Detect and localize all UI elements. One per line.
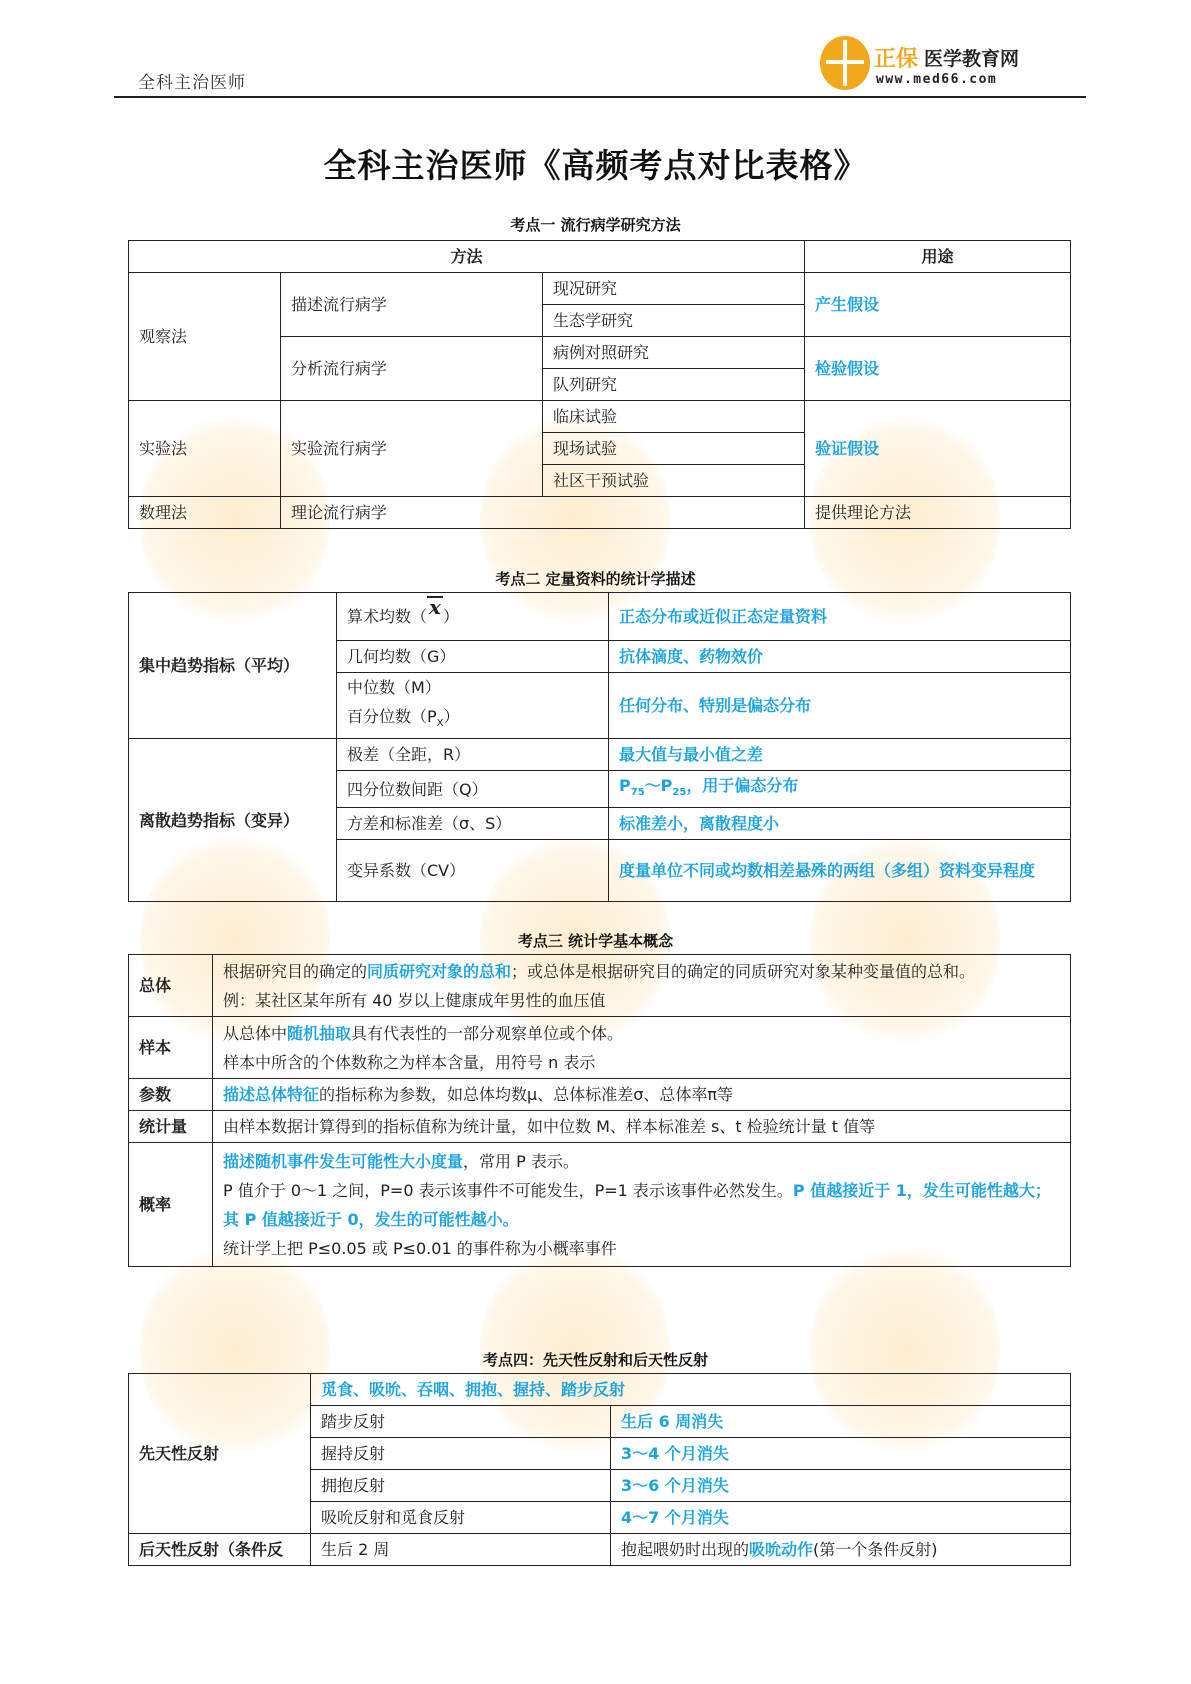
page-title: 全科主治医师《高频考点对比表格》 [0, 140, 1191, 187]
cell-sample: 从总体中随机抽取具有代表性的一部分观察单位或个体。样本中所含的个体数称之为样本含… [213, 1017, 1071, 1079]
cell-math: 数理法 [129, 497, 281, 529]
cell-iqr-use: P75～P25，用于偏态分布 [609, 771, 1071, 808]
header-subject: 全科主治医师 [138, 68, 246, 93]
cell-observe: 观察法 [129, 273, 281, 401]
section-title-3: 考点三 统计学基本概念 [0, 930, 1191, 951]
cell-innate-label: 先天性反射 [129, 1374, 311, 1534]
logo-name: 医学教育网 [924, 44, 1019, 71]
cell-innate-summary: 觅食、吸吮、吞咽、拥抱、握持、踏步反射 [311, 1374, 1071, 1406]
cell-reflex-name: 握持反射 [311, 1438, 611, 1470]
cell-a2: 队列研究 [543, 369, 805, 401]
logo-brand: 正保 [874, 42, 918, 73]
cell-e-use: 验证假设 [805, 401, 1071, 497]
cell-parameter: 描述总体特征的指标称为参数，如总体均数μ、总体标准差σ、总体率π等 [213, 1079, 1071, 1111]
cell-acquired-time: 生后 2 周 [311, 1534, 611, 1566]
section-title-1: 考点一 流行病学研究方法 [0, 214, 1191, 235]
logo-url: www.med66.com [876, 72, 997, 87]
cell-reflex-name: 拥抱反射 [311, 1470, 611, 1502]
cell-sd: 方差和标准差（σ、S） [337, 808, 609, 840]
header-method: 方法 [129, 241, 805, 273]
table-reflexes: 先天性反射 觅食、吸吮、吞咽、拥抱、握持、踏步反射 踏步反射生后 6 周消失 握… [128, 1373, 1071, 1566]
cell-e1: 临床试验 [543, 401, 805, 433]
cell-reflex-name: 踏步反射 [311, 1406, 611, 1438]
cell-arith-use: 正态分布或近似正态定量资料 [609, 593, 1071, 641]
cell-a1: 病例对照研究 [543, 337, 805, 369]
cell-iqr: 四分位数间距（Q） [337, 771, 609, 808]
cell-reflex-value: 生后 6 周消失 [611, 1406, 1071, 1438]
cell-parameter-label: 参数 [129, 1079, 213, 1111]
xbar-symbol: x [427, 596, 443, 616]
site-logo: 正保 医学教育网 www.med66.com [820, 34, 1050, 92]
cell-acquired-desc: 抱起喂奶时出现的吸吮动作(第一个条件反射) [611, 1534, 1071, 1566]
cell-median: 中位数（M）百分位数（PX） [337, 673, 609, 739]
cell-probability: 描述随机事件发生可能性大小度量，常用 P 表示。P 值介于 0～1 之间，P=0… [213, 1143, 1071, 1267]
header-use: 用途 [805, 241, 1071, 273]
section-title-2: 考点二 定量资料的统计学描述 [0, 568, 1191, 589]
cell-d1: 现况研究 [543, 273, 805, 305]
cell-median-use: 任何分布、特别是偏态分布 [609, 673, 1071, 739]
header-divider [114, 96, 1086, 98]
cell-d2: 生态学研究 [543, 305, 805, 337]
cell-statistic: 由样本数据计算得到的指标值称为统计量，如中位数 M、样本标准差 s、t 检验统计… [213, 1111, 1071, 1143]
table-epidemiology-methods: 方法 用途 观察法 描述流行病学 现况研究 产生假设 生态学研究 分析流行病学 … [128, 240, 1071, 529]
cell-arith: 算术均数（x） [337, 593, 609, 641]
cell-reflex-value: 3～6 个月消失 [611, 1470, 1071, 1502]
cell-geo: 几何均数（G） [337, 641, 609, 673]
table-basic-concepts: 总体 根据研究目的确定的同质研究对象的总和；或总体是根据研究目的确定的同质研究对… [128, 954, 1071, 1267]
cell-reflex-value: 3～4 个月消失 [611, 1438, 1071, 1470]
cell-cv-use: 度量单位不同或均数相差悬殊的两组（多组）资料变异程度 [609, 840, 1071, 902]
section-title-4: 考点四：先天性反射和后天性反射 [0, 1349, 1191, 1370]
cell-acquired-label: 后天性反射（条件反 [129, 1534, 311, 1566]
cell-descriptive: 描述流行病学 [281, 273, 543, 337]
cell-range-use: 最大值与最小值之差 [609, 739, 1071, 771]
cell-sd-use: 标准差小，离散程度小 [609, 808, 1071, 840]
cell-analytic: 分析流行病学 [281, 337, 543, 401]
cell-population-label: 总体 [129, 955, 213, 1017]
cell-sample-label: 样本 [129, 1017, 213, 1079]
cell-reflex-value: 4～7 个月消失 [611, 1502, 1071, 1534]
cell-probability-label: 概率 [129, 1143, 213, 1267]
cell-theoretical: 理论流行病学 [281, 497, 805, 529]
cell-a-use: 检验假设 [805, 337, 1071, 401]
cell-cv: 变异系数（CV） [337, 840, 609, 902]
cell-population: 根据研究目的确定的同质研究对象的总和；或总体是根据研究目的确定的同质研究对象某种… [213, 955, 1071, 1017]
table-quantitative-stats: 集中趋势指标（平均） 算术均数（x） 正态分布或近似正态定量资料 几何均数（G）… [128, 592, 1071, 902]
cell-central-label: 集中趋势指标（平均） [129, 593, 337, 739]
cell-experiment: 实验法 [129, 401, 281, 497]
cell-geo-use: 抗体滴度、药物效价 [609, 641, 1071, 673]
logo-icon [820, 36, 870, 90]
cell-m-use: 提供理论方法 [805, 497, 1071, 529]
cell-d-use: 产生假设 [805, 273, 1071, 337]
cell-range: 极差（全距，R） [337, 739, 609, 771]
cell-reflex-name: 吸吮反射和觅食反射 [311, 1502, 611, 1534]
cell-e3: 社区干预试验 [543, 465, 805, 497]
cell-experimental: 实验流行病学 [281, 401, 543, 497]
cell-statistic-label: 统计量 [129, 1111, 213, 1143]
cell-e2: 现场试验 [543, 433, 805, 465]
cell-dispersion-label: 离散趋势指标（变异） [129, 739, 337, 902]
